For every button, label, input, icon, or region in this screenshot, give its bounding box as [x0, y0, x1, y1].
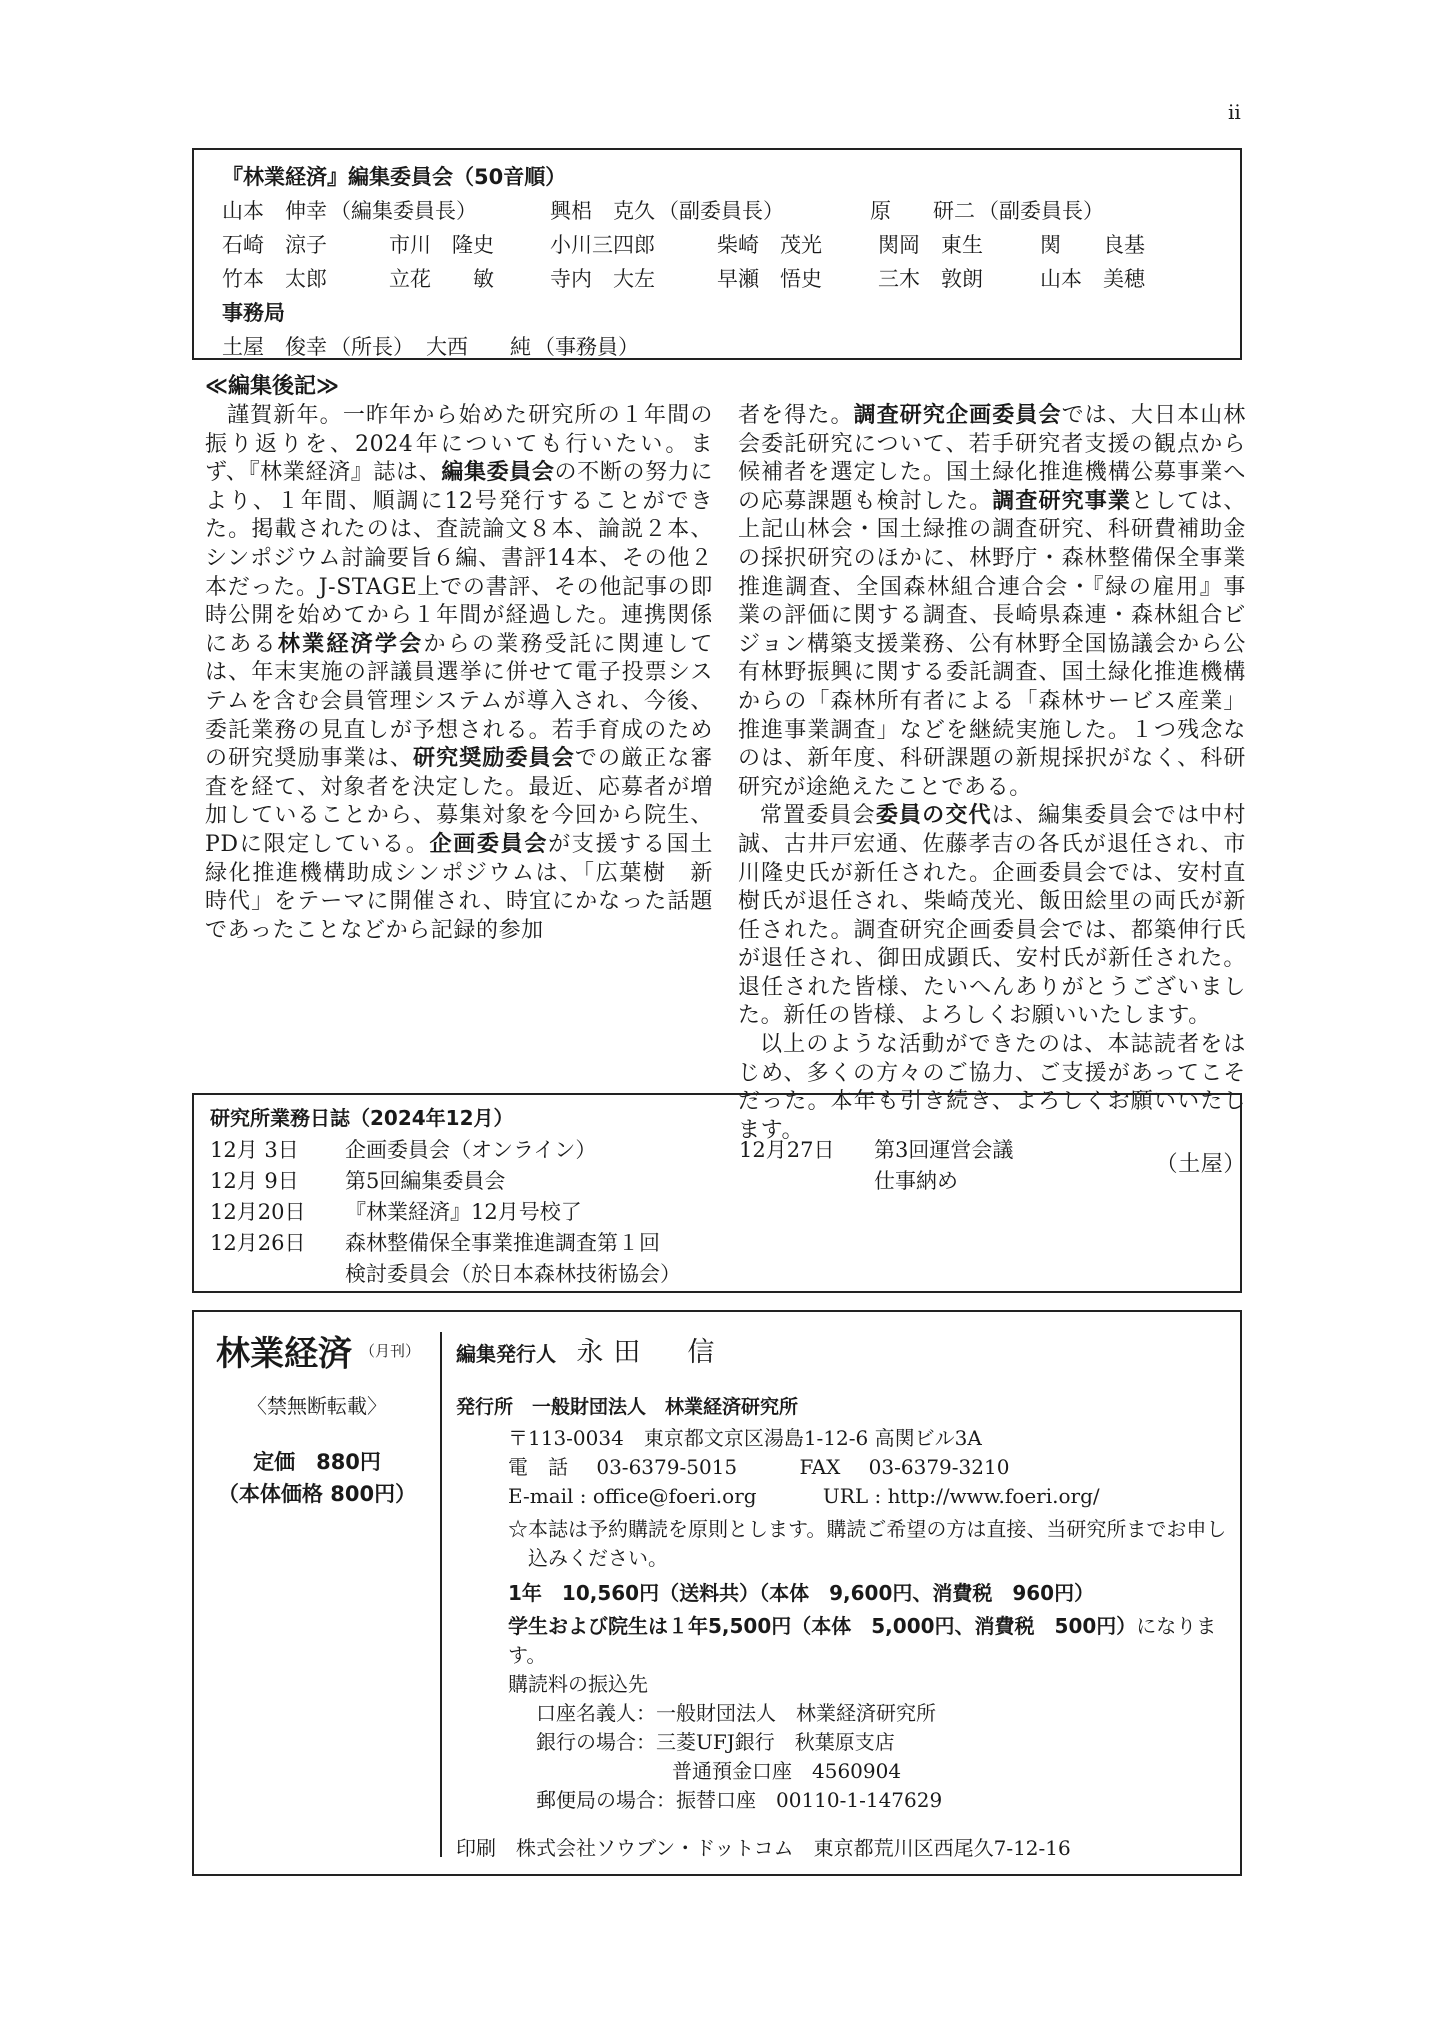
afterword-paragraph: 者を得た。調査研究企画委員会では、大日本山林会委託研究について、若手研究者支援の… [738, 402, 1246, 802]
member-name: 関 良基 [1040, 228, 1145, 262]
office-member-name: 土屋 俊幸 [222, 330, 330, 364]
address: 〒113-0034 東京都文京区湯島1-12-6 高関ビル3A [508, 1424, 1228, 1453]
office-member-name: 大西 純 [426, 330, 534, 364]
member-name: 石崎 涼子 [222, 228, 389, 262]
bank-info: 銀行の場合：三菱UFJ銀行 秋葉原支店 [508, 1728, 1228, 1757]
publisher-info: 〒113-0034 東京都文京区湯島1-12-6 高関ビル3A 電 話 03-6… [508, 1424, 1228, 1815]
emphasis: 調査研究企画委員会 [854, 403, 1062, 428]
member-name: 立花 敏 [389, 262, 550, 296]
page-number: ii [1228, 100, 1241, 124]
bank-account: 普通預金口座 4560904 [508, 1757, 1228, 1786]
member-name: 山本 美穂 [1040, 262, 1145, 296]
member-role: （編集委員長） [330, 194, 550, 228]
diary-entry: 12月26日 森林整備保全事業推進調査第１回 検討委員会（於日本森林技術協会） [210, 1228, 681, 1290]
member-role: （副委員長） [658, 194, 870, 228]
member-name: 小川三四郎 [550, 228, 717, 262]
account-holder: 口座名義人：一般財団法人 林業経済研究所 [508, 1699, 1228, 1728]
emphasis: 調査研究事業 [992, 489, 1131, 514]
member-name: 早瀬 悟史 [717, 262, 878, 296]
committee-row: 石崎 涼子 市川 隆史 小川三四郎 柴崎 茂光 関岡 東生 関 良基 [222, 228, 1240, 262]
journal-frequency: （月刊） [360, 1340, 420, 1361]
emphasis: 企画委員会 [430, 832, 549, 857]
vertical-divider [440, 1332, 442, 1857]
committee-row: 竹本 太郎 立花 敏 寺内 大左 早瀬 悟史 三木 敦朗 山本 美穂 [222, 262, 1240, 296]
office-member-role: （所長） [330, 330, 426, 364]
office-heading: 事務局 [222, 296, 1240, 330]
diary-entry: 12月 3日 企画委員会（オンライン） [210, 1135, 681, 1166]
diary-title: 研究所業務日誌（2024年12月） [210, 1103, 1240, 1133]
postal-account: 郵便局の場合：振替口座 00110-1-147629 [508, 1786, 1228, 1815]
diary-text: 『林業経済』12月号校了 [345, 1197, 582, 1228]
annual-fee: 1年 10,560円（送料共）（本体 9,600円、消費税 960円） [508, 1579, 1228, 1608]
email-url-line: E-mail : office@foeri.org URL : http://w… [508, 1482, 1228, 1511]
text-run: 常置委員会 [760, 803, 876, 828]
journal-title: 林業経済 [216, 1326, 352, 1375]
diary-entries-right: 12月27日 第3回運営会議 仕事納め [739, 1135, 1013, 1197]
text-run: の不断の努力により、１年間、順調に12号発行することができた。掲載されたのは、査… [205, 460, 713, 657]
member-name: 山本 伸幸 [222, 194, 330, 228]
editorial-committee-box: 『林業経済』編集委員会（50音順） 山本 伸幸 （編集委員長） 興梠 克久 （副… [192, 148, 1242, 360]
afterword-column-left: 謹賀新年。一昨年から始めた研究所の１年間の振り返りを、2024年についても行いた… [205, 402, 713, 945]
price-block: 定価 880円 （本体価格 800円） [194, 1446, 440, 1510]
diary-date: 12月20日 [210, 1197, 345, 1228]
office-member-role: （事務員） [534, 330, 639, 364]
committee-title: 『林業経済』編集委員会（50音順） [222, 160, 1240, 194]
email-link[interactable]: office@foeri.org [593, 1484, 757, 1508]
url-label: URL : [823, 1484, 888, 1508]
afterword-paragraph: 常置委員会委員の交代は、編集委員会では中村誠、古井戸宏通、佐藤孝吉の各氏が退任さ… [738, 802, 1246, 1031]
printer-info: 印刷 株式会社ソウブン・ドットコム 東京都荒川区西尾久7-12-16 [456, 1832, 1071, 1861]
afterword-column-right: 者を得た。調査研究企画委員会では、大日本山林会委託研究について、若手研究者支援の… [738, 402, 1246, 1180]
diary-entries-left: 12月 3日 企画委員会（オンライン） 12月 9日 第5回編集委員会 12月2… [210, 1135, 681, 1290]
url-link[interactable]: http://www.foeri.org/ [888, 1484, 1100, 1508]
phone-fax-line: 電 話 03-6379-5015 FAX 03-6379-3210 [508, 1453, 1228, 1482]
afterword-paragraph: 謹賀新年。一昨年から始めた研究所の１年間の振り返りを、2024年についても行いた… [205, 402, 713, 945]
price: 定価 880円 [194, 1446, 440, 1478]
member-role: （副委員長） [978, 194, 1104, 228]
member-name: 寺内 大左 [550, 262, 717, 296]
emphasis: 委員の交代 [876, 803, 992, 828]
fax-label: FAX [799, 1455, 840, 1479]
subscription-notice: ☆本誌は予約購読を原則とします。購読ご希望の方は直接、当研究所までお申し込みくだ… [508, 1515, 1228, 1573]
publisher: 発行所 一般財団法人 林業経済研究所 [456, 1392, 798, 1419]
diary-text: 第5回編集委員会 [345, 1166, 505, 1197]
diary-text: 森林整備保全事業推進調査第１回 検討委員会（於日本森林技術協会） [345, 1228, 681, 1290]
diary-text: 第3回運営会議 仕事納め [874, 1135, 1013, 1197]
fax-number: 03-6379-3210 [869, 1455, 1010, 1479]
emphasis: 編集委員会 [441, 460, 554, 485]
phone-label: 電 話 [508, 1455, 568, 1479]
diary-date: 12月26日 [210, 1228, 345, 1290]
diary-entry: 12月20日 『林業経済』12月号校了 [210, 1197, 681, 1228]
diary-text: 企画委員会（オンライン） [345, 1135, 596, 1166]
work-diary-box: 研究所業務日誌（2024年12月） 12月 3日 企画委員会（オンライン） 12… [192, 1093, 1242, 1293]
colophon-box: 林業経済 （月刊） 〈禁無断転載〉 定価 880円 （本体価格 800円） 編集… [192, 1310, 1242, 1876]
diary-entry: 12月 9日 第5回編集委員会 [210, 1166, 681, 1197]
afterword-heading: ≪編集後記≫ [205, 372, 339, 402]
member-name: 柴崎 茂光 [717, 228, 878, 262]
member-name: 興梠 克久 [550, 194, 658, 228]
student-fee-main: 学生および院生は１年5,500円（本体 5,000円、消費税 500円） [508, 1614, 1136, 1638]
text-run: としては、上記山林会・国土緑推の調査研究、科研費補助金の採択研究のほかに、林野庁… [738, 489, 1246, 800]
member-name: 竹本 太郎 [222, 262, 389, 296]
text-run: は、編集委員会では中村誠、古井戸宏通、佐藤孝吉の各氏が退任され、市川隆史氏が新任… [738, 803, 1246, 1028]
editor-line: 編集発行人 永田 信 [456, 1330, 724, 1369]
editor-label: 編集発行人 [456, 1342, 556, 1366]
member-name: 三木 敦朗 [878, 262, 1040, 296]
email-label: E-mail : [508, 1484, 593, 1508]
emphasis: 研究奨励委員会 [413, 746, 575, 771]
office-row: 土屋 俊幸 （所長） 大西 純 （事務員） [222, 330, 1240, 364]
diary-date: 12月27日 [739, 1135, 874, 1197]
diary-date: 12月 3日 [210, 1135, 345, 1166]
editor-name: 永田 信 [576, 1337, 724, 1368]
phone-number: 03-6379-5015 [596, 1455, 737, 1479]
member-name: 市川 隆史 [389, 228, 550, 262]
committee-row: 山本 伸幸 （編集委員長） 興梠 克久 （副委員長） 原 研二 （副委員長） [222, 194, 1240, 228]
no-reprint-notice: 〈禁無断転載〉 [194, 1390, 440, 1419]
student-fee: 学生および院生は１年5,500円（本体 5,000円、消費税 500円）になりま… [508, 1612, 1228, 1670]
diary-entry: 12月27日 第3回運営会議 仕事納め [739, 1135, 1013, 1197]
diary-date: 12月 9日 [210, 1166, 345, 1197]
member-name: 関岡 東生 [878, 228, 1040, 262]
text-run: 者を得た。 [738, 403, 854, 428]
emphasis: 林業経済学会 [278, 632, 424, 657]
transfer-heading: 購読料の振込先 [508, 1670, 1228, 1699]
member-name: 原 研二 [870, 194, 978, 228]
price-base: （本体価格 800円） [194, 1478, 440, 1510]
